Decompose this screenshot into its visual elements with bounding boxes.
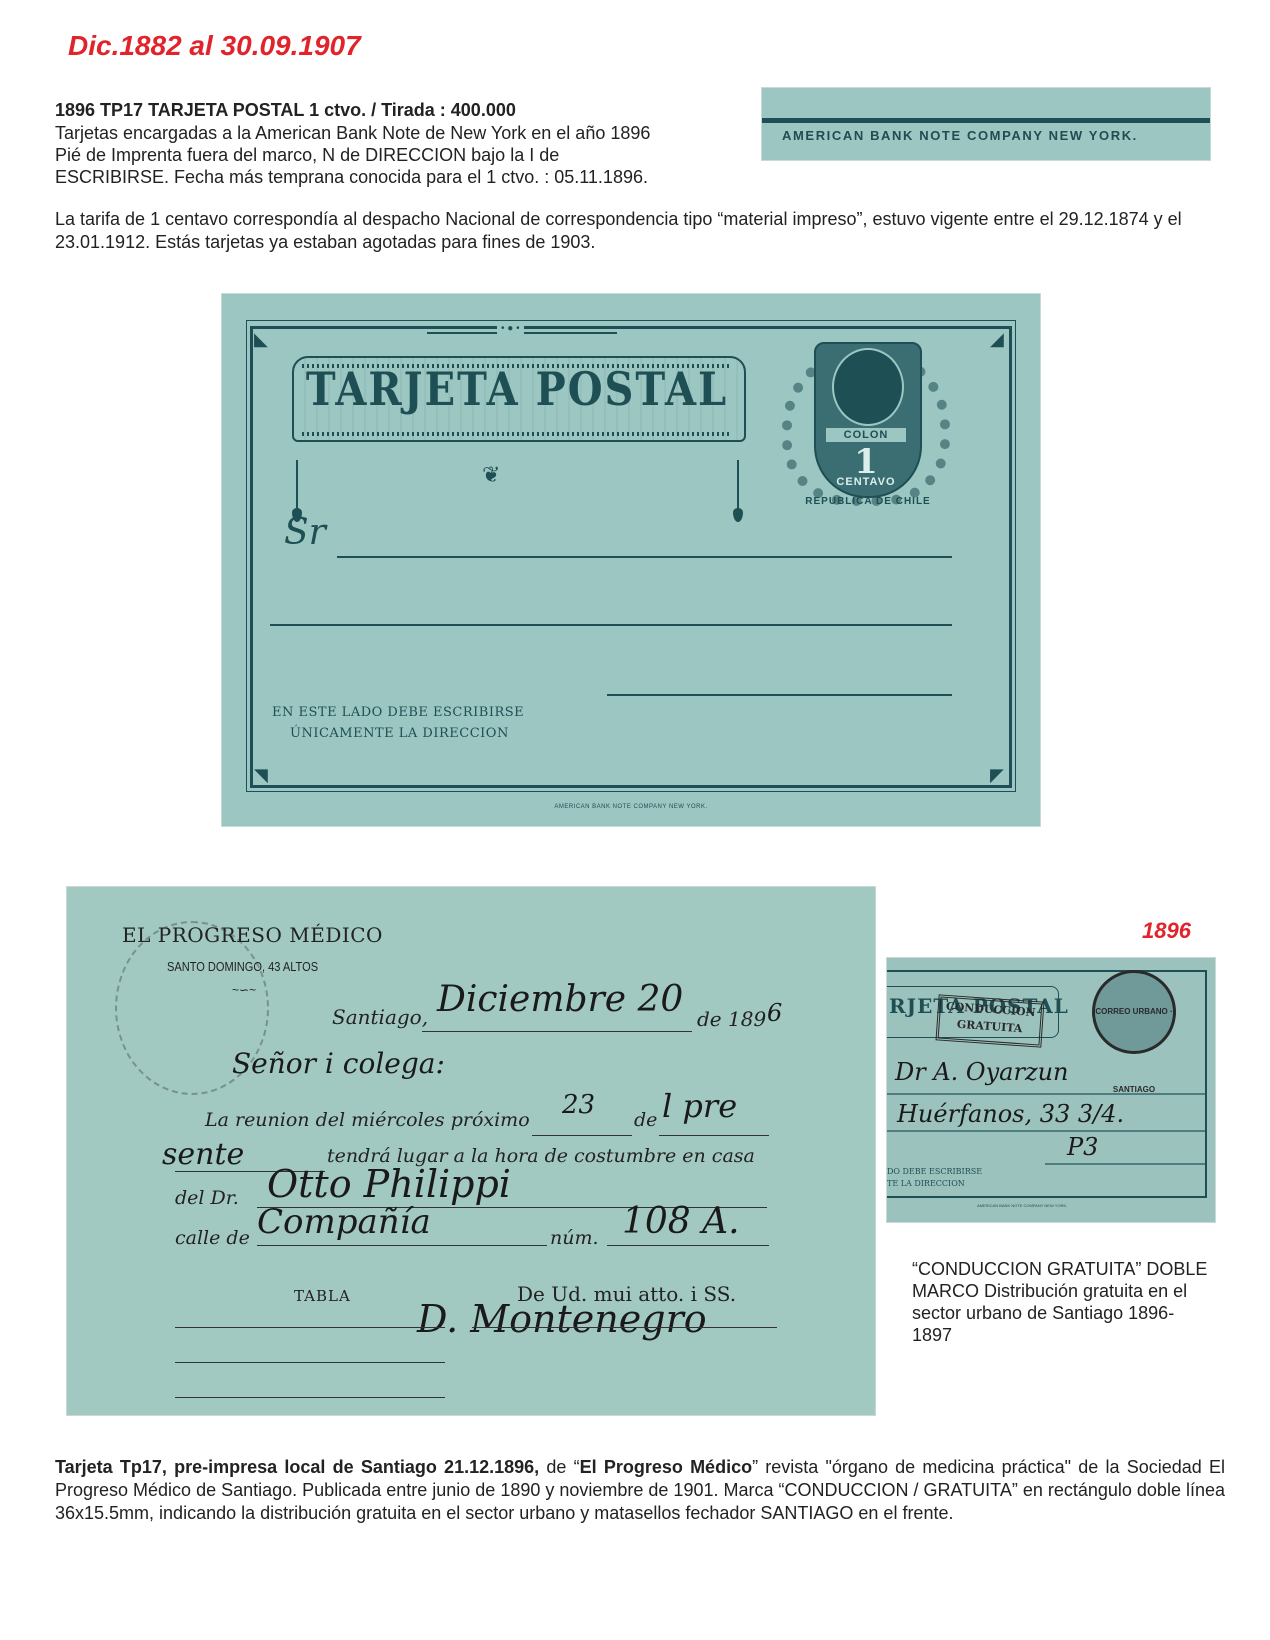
stamp-unit: CENTAVO bbox=[828, 476, 904, 488]
address-line bbox=[607, 694, 952, 696]
tabla-label: TABLA bbox=[294, 1287, 351, 1305]
handwritten-extra: P3 bbox=[1067, 1133, 1098, 1161]
instruction-line: EN ESTE LADO DEBE ESCRIBIRSE bbox=[272, 702, 524, 723]
handwritten-date: Diciembre 20 bbox=[437, 979, 683, 1020]
publisher-address: SANTO DOMINGO, 43 ALTOS bbox=[167, 959, 318, 974]
fill-line bbox=[175, 1397, 445, 1398]
period-title: Dic.1882 al 30.09.1907 bbox=[68, 30, 361, 62]
handwritten-number: 108 A. bbox=[622, 1201, 740, 1242]
fan-corner-icon: ◢ bbox=[990, 330, 1008, 348]
imprint-detail-text: AMERICAN BANK NOTE COMPANY NEW YORK. bbox=[782, 128, 1138, 143]
fan-corner-icon: ◥ bbox=[254, 766, 272, 784]
handwritten-month: l pre bbox=[662, 1087, 737, 1125]
progreso-medico-card-image: EL PROGRESO MÉDICO SANTO DOMINGO, 43 ALT… bbox=[67, 887, 875, 1415]
intro-line: Tarjetas encargadas a la American Bank N… bbox=[55, 122, 650, 144]
fill-line bbox=[175, 1327, 445, 1328]
fill-line bbox=[532, 1135, 632, 1136]
meeting-line-label: La reunion del miércoles próximo bbox=[205, 1109, 530, 1131]
de-label: de bbox=[634, 1109, 657, 1131]
place-label: Santiago, bbox=[332, 1005, 428, 1029]
street-label: calle de bbox=[175, 1227, 250, 1249]
intro-line: ESCRIBIRSE. Fecha más temprana conocida … bbox=[55, 166, 650, 188]
fill-line bbox=[472, 1327, 777, 1328]
address-instruction: DO DEBE ESCRIBIRSE TE LA DIRECCION bbox=[887, 1166, 982, 1190]
stamp-country-left: REPUBLICA bbox=[805, 496, 872, 507]
frame-line bbox=[762, 118, 1210, 123]
card-title: TARJETA POSTAL bbox=[292, 362, 742, 416]
handwritten-day: 23 bbox=[562, 1090, 595, 1120]
tassel-icon bbox=[296, 460, 298, 518]
handwritten-month-cont: sente bbox=[162, 1137, 244, 1172]
ornament-icon: ~∽~ bbox=[232, 983, 256, 997]
stamp-country-mid: DE bbox=[876, 496, 892, 507]
tassel-icon bbox=[737, 460, 739, 518]
address-line bbox=[1045, 1163, 1205, 1165]
postal-card-image: ◣ ◢ ◥ ◤ TARJETA POSTAL ❦ COLON 1 CENTAVO… bbox=[222, 294, 1040, 826]
handwritten-doctor-name: Otto Philippi bbox=[267, 1162, 511, 1206]
desc-bold: Tarjeta Tp17, pre-impresa local de Santi… bbox=[55, 1457, 539, 1477]
intro-text: Tarjetas encargadas a la American Bank N… bbox=[55, 122, 650, 188]
intro-line: Pié de Imprenta fuera del marco, N de DI… bbox=[55, 144, 650, 166]
fleuron-icon: ❦ bbox=[482, 462, 500, 488]
salutation: Sr bbox=[284, 512, 326, 553]
address-line bbox=[270, 624, 952, 626]
desc-text: de “ bbox=[539, 1457, 579, 1477]
address-line bbox=[887, 1130, 1207, 1132]
handwritten-year-digit: 6 bbox=[767, 999, 782, 1027]
card-imprint: AMERICAN BANK NOTE COMPANY NEW YORK. bbox=[977, 1203, 1067, 1208]
card-imprint: AMERICAN BANK NOTE COMPANY NEW YORK. bbox=[222, 804, 1040, 810]
greeting: Señor i colega: bbox=[232, 1047, 445, 1080]
publisher-name: EL PROGRESO MÉDICO bbox=[122, 923, 383, 947]
doctor-label: del Dr. bbox=[175, 1187, 239, 1209]
stamp-portrait-label: COLON bbox=[826, 428, 906, 442]
fill-line bbox=[607, 1245, 769, 1246]
imprint-detail-image: AMERICAN BANK NOTE COMPANY NEW YORK. bbox=[762, 88, 1210, 160]
fan-corner-icon: ◤ bbox=[990, 766, 1008, 784]
address-line bbox=[887, 1093, 1207, 1095]
indicium-stamp: COLON 1 CENTAVO REPUBLICA DE CHILE bbox=[782, 342, 952, 512]
handwritten-street: Huérfanos, 33 3/4. bbox=[897, 1100, 1124, 1128]
stamp-country-right: CHILE bbox=[896, 496, 931, 507]
fill-line bbox=[659, 1135, 769, 1136]
number-label: núm. bbox=[550, 1227, 599, 1249]
ornament-rule bbox=[427, 332, 617, 334]
fill-line bbox=[257, 1245, 547, 1246]
handwritten-street: Compañía bbox=[257, 1202, 431, 1242]
fill-line bbox=[175, 1362, 445, 1363]
instruction-line: ÚNICAMENTE LA DIRECCION bbox=[272, 723, 524, 744]
instruction-line: DO DEBE ESCRIBIRSE bbox=[887, 1166, 982, 1178]
stamp-country: REPUBLICA DE CHILE bbox=[788, 496, 948, 507]
address-instruction: EN ESTE LADO DEBE ESCRIBIRSE ÚNICAMENTE … bbox=[272, 702, 524, 744]
title-banner: TARJETA POSTAL bbox=[292, 346, 742, 458]
desc-bold: El Progreso Médico bbox=[580, 1457, 752, 1477]
side-caption: “CONDUCCION GRATUITA” DOBLE MARCO Distri… bbox=[912, 1258, 1212, 1346]
santiago-postmark: CORREO URBANO · SANTIAGO bbox=[1092, 970, 1176, 1054]
fan-corner-icon: ◣ bbox=[254, 330, 272, 348]
year-label: de 189 bbox=[697, 1007, 766, 1031]
tariff-paragraph: La tarifa de 1 centavo correspondía al d… bbox=[55, 208, 1225, 254]
fill-line bbox=[422, 1031, 692, 1032]
dotted-border bbox=[302, 432, 732, 436]
handwritten-signature: D. Montenegro bbox=[417, 1297, 707, 1341]
columbus-portrait-icon bbox=[832, 348, 904, 426]
instruction-line: TE LA DIRECCION bbox=[887, 1178, 982, 1190]
conduccion-gratuita-cancel: CONDUCCION GRATUITA bbox=[936, 994, 1045, 1047]
address-line bbox=[337, 556, 952, 558]
card-heading: 1896 TP17 TARJETA POSTAL 1 ctvo. / Tirad… bbox=[55, 100, 516, 121]
handwritten-addressee: Dr A. Oyarzun bbox=[895, 1058, 1069, 1086]
conduccion-gratuita-card-image: RJETA POSTAL CONDUCCION GRATUITA CORREO … bbox=[887, 958, 1215, 1222]
bottom-description: Tarjeta Tp17, pre-impresa local de Santi… bbox=[55, 1456, 1225, 1525]
small-card-year: 1896 bbox=[1142, 918, 1191, 944]
